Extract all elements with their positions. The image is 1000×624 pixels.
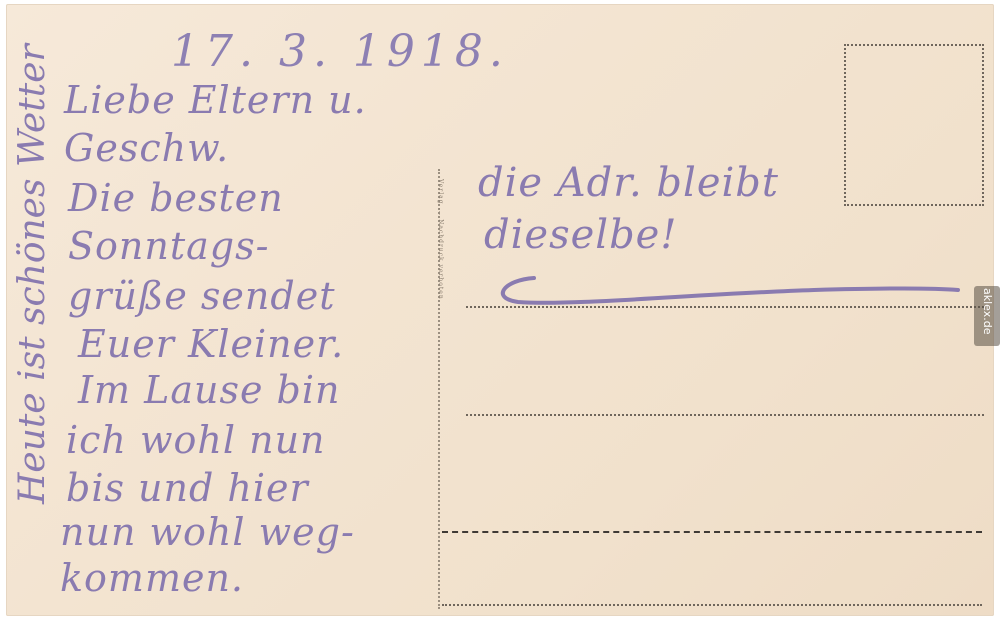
watermark: aklex.de <box>974 286 1000 346</box>
address-line <box>466 306 984 308</box>
publisher-imprint: Verlag ... Nachdruck verboten <box>437 179 444 300</box>
message-line: Im Lause bin <box>78 368 341 412</box>
message-line: grüße sendet <box>68 274 335 318</box>
message-line: Sonntags- <box>68 224 269 268</box>
message-line: Liebe Eltern u. <box>64 78 367 122</box>
address-line <box>442 531 982 533</box>
handwritten-date: 17. 3. 1918. <box>171 26 509 77</box>
margin-vertical-text: Heute ist schönes Wetter <box>12 44 53 504</box>
message-line: Die besten <box>68 176 284 220</box>
message-line: Geschw. <box>64 126 229 170</box>
message-line: nun wohl weg- <box>60 510 355 554</box>
stamp-box <box>844 44 984 206</box>
watermark-text: aklex.de <box>981 288 994 335</box>
address-line <box>442 604 982 606</box>
message-line: kommen. <box>60 556 244 600</box>
message-line: Euer Kleiner. <box>78 322 344 366</box>
address-note-line-2: dieselbe! <box>484 212 677 258</box>
postcard-back: 17. 3. 1918. Liebe Eltern u. Geschw. Die… <box>6 4 994 616</box>
message-line: bis und hier <box>66 466 309 510</box>
message-line: ich wohl nun <box>66 418 326 462</box>
address-note-line-1: die Adr. bleibt <box>478 160 779 206</box>
address-line <box>466 414 984 416</box>
